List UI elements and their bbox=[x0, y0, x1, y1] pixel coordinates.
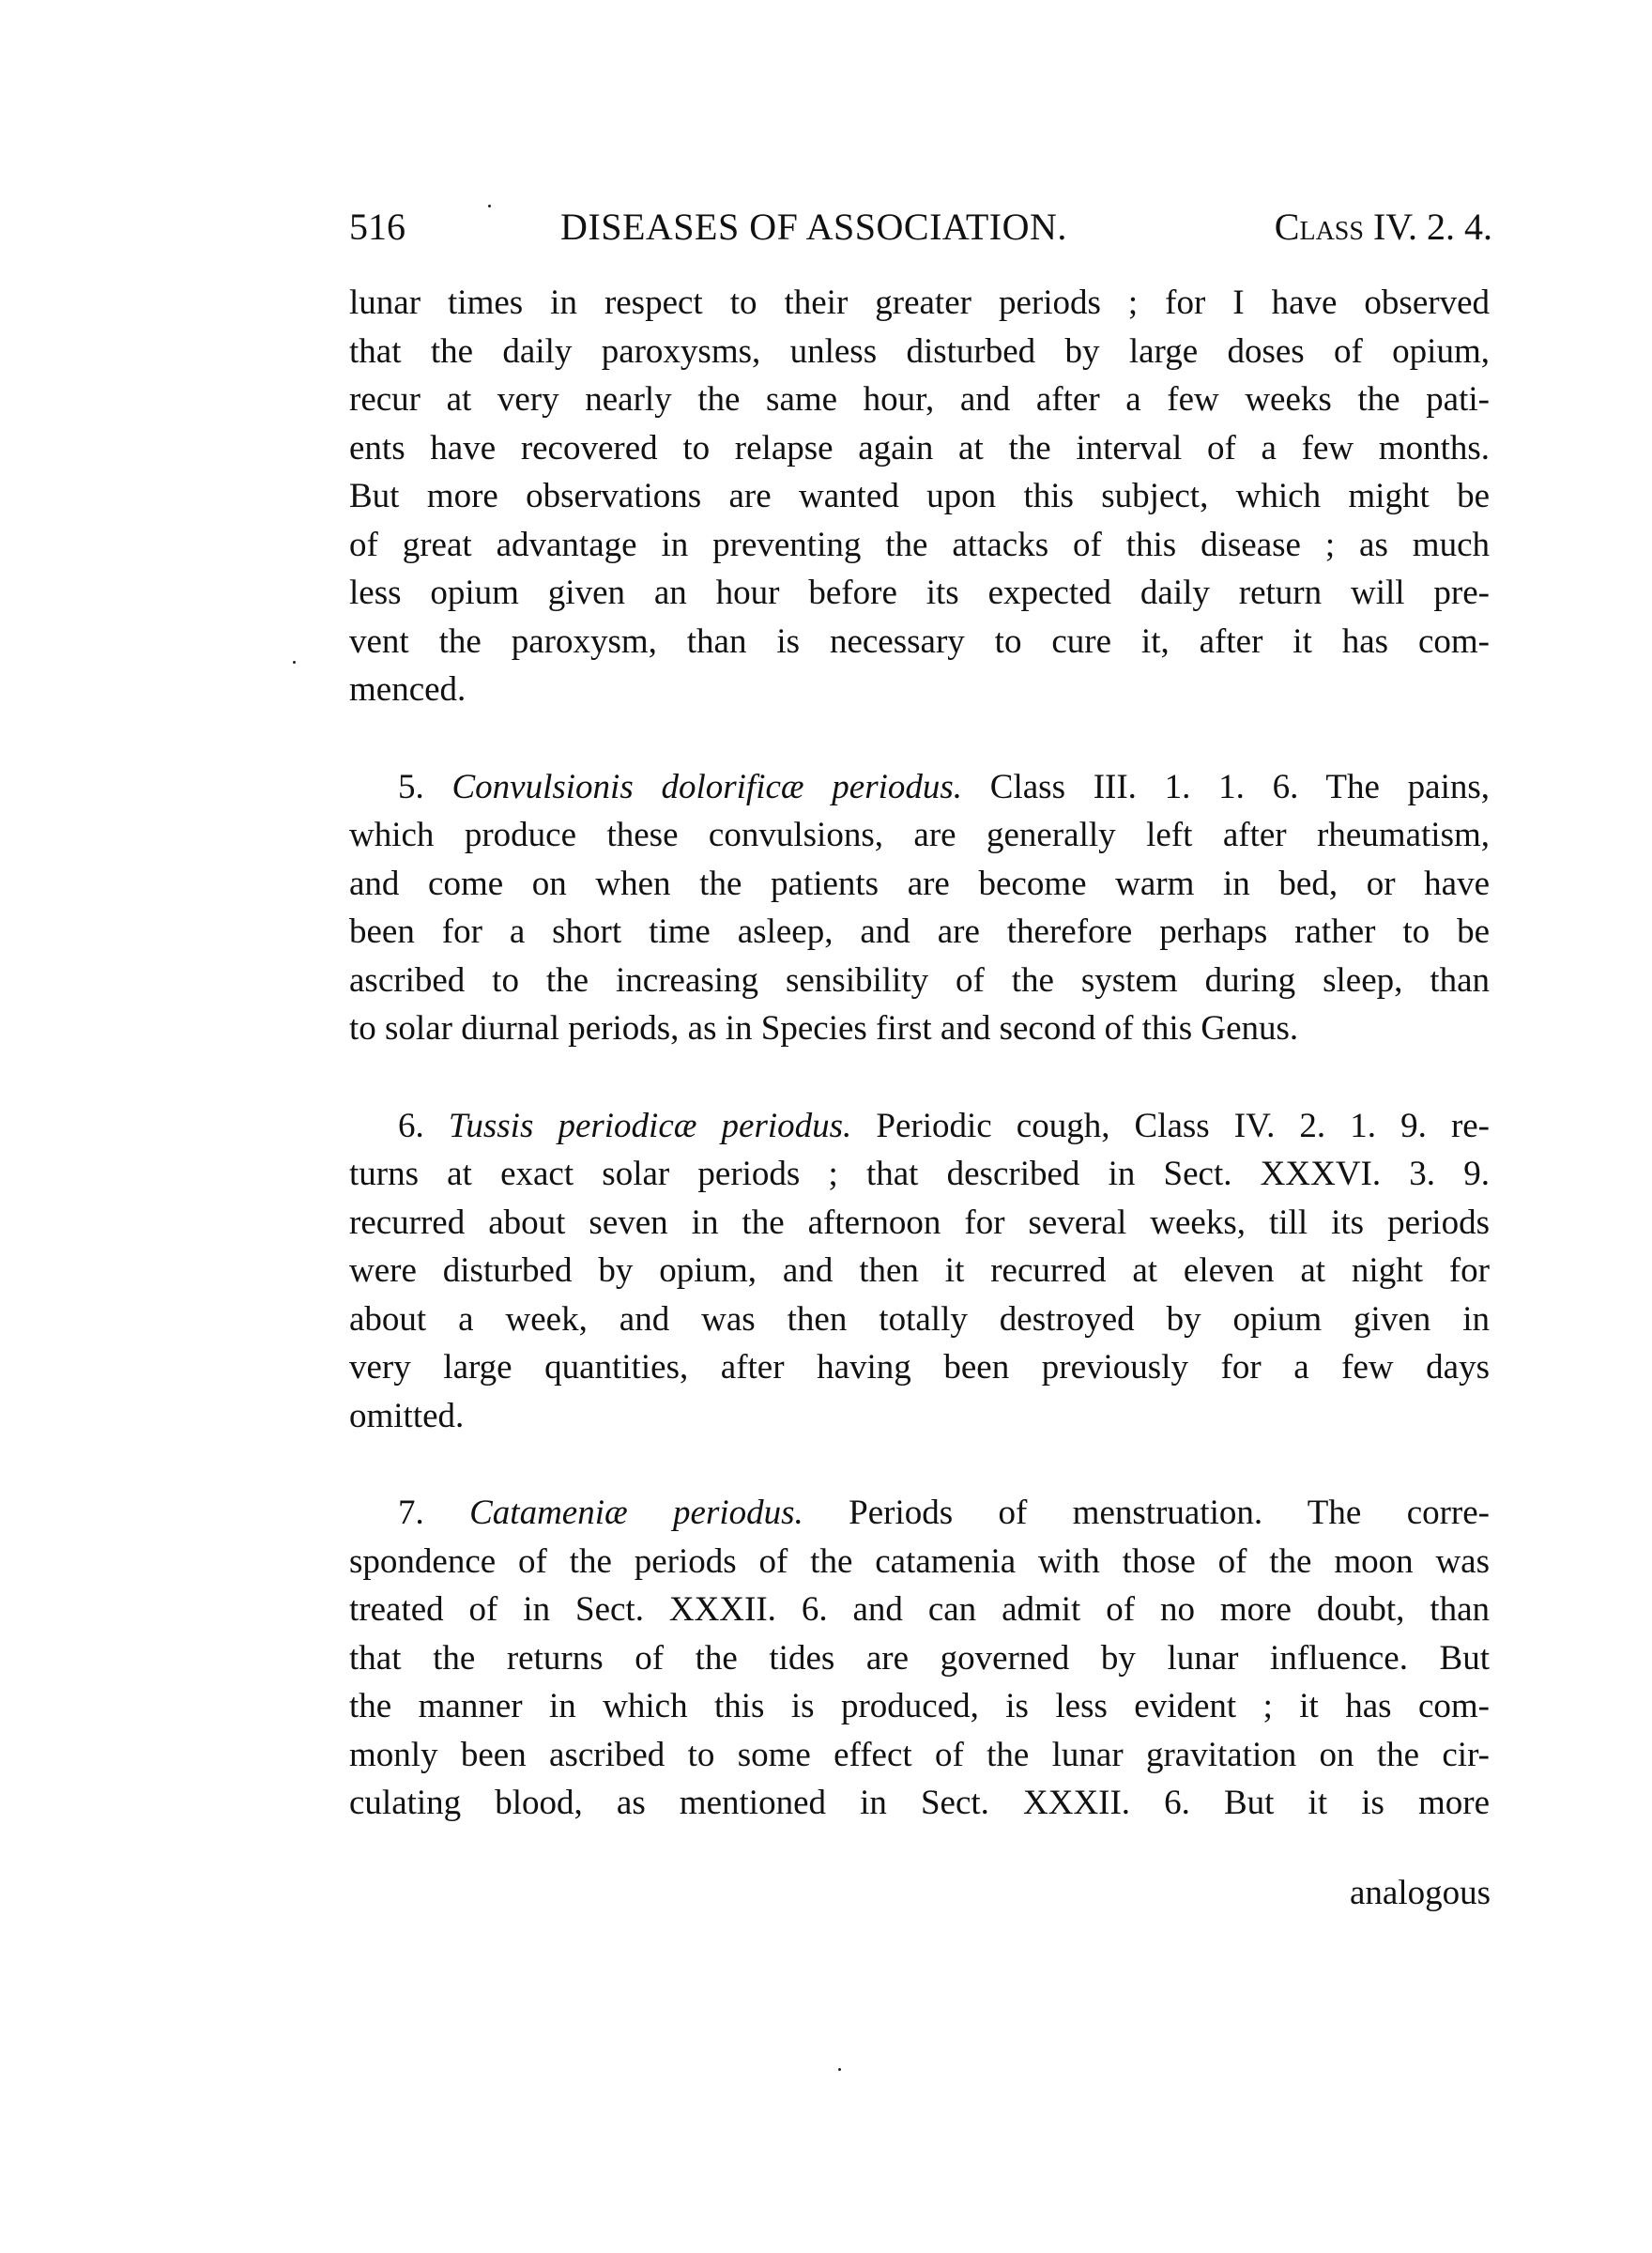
text-line: vent the paroxysm, than is necessary to … bbox=[349, 618, 1490, 667]
text-line: of great advantage in preventing the att… bbox=[349, 521, 1490, 570]
species-heading-line: 5. Convulsionis dolorificæ periodus. Cla… bbox=[349, 763, 1490, 812]
species-description-start: Class III. 1. 1. 6. The pains, bbox=[990, 768, 1490, 806]
print-speck bbox=[293, 661, 296, 664]
book-page: 516 DISEASES OF ASSOCIATION. Class IV. 2… bbox=[0, 0, 1652, 2253]
text-line: recurred about seven in the afternoon fo… bbox=[349, 1199, 1490, 1248]
text-line: about a week, and was then totally destr… bbox=[349, 1295, 1490, 1344]
paragraph-species-7: 7. Catameniæ periodus. Periods of menstr… bbox=[349, 1489, 1490, 1828]
print-speck bbox=[838, 2068, 841, 2071]
species-number: 7. bbox=[398, 1494, 424, 1532]
running-header: 516 DISEASES OF ASSOCIATION. Class IV. 2… bbox=[349, 199, 1492, 255]
text-line: monly been ascribed to some effect of th… bbox=[349, 1731, 1490, 1780]
text-line: recur at very nearly the same hour, and … bbox=[349, 375, 1490, 424]
text-line: that the returns of the tides are govern… bbox=[349, 1634, 1490, 1683]
catchword: analogous bbox=[1350, 1870, 1491, 1917]
text-line: and come on when the patients are become… bbox=[349, 860, 1490, 909]
text-line: to solar diurnal periods, as in Species … bbox=[349, 1004, 1490, 1053]
text-line: culating blood, as mentioned in Sect. XX… bbox=[349, 1779, 1490, 1828]
text-line: ents have recovered to relapse again at … bbox=[349, 424, 1490, 473]
species-heading-line: 6. Tussis periodicæ periodus. Periodic c… bbox=[349, 1102, 1490, 1151]
species-latin-name: Convulsionis dolorificæ periodus. bbox=[451, 768, 962, 806]
text-line: the manner in which this is produced, is… bbox=[349, 1682, 1490, 1731]
species-latin-name: Catameniæ periodus. bbox=[469, 1494, 803, 1532]
paragraph-species-6: 6. Tussis periodicæ periodus. Periodic c… bbox=[349, 1102, 1490, 1441]
text-line: menced. bbox=[349, 666, 1490, 714]
species-heading-line: 7. Catameniæ periodus. Periods of menstr… bbox=[349, 1489, 1490, 1538]
text-line: were disturbed by opium, and then it rec… bbox=[349, 1247, 1490, 1295]
body-text: lunar times in respect to their greater … bbox=[349, 279, 1490, 1828]
text-line: very large quantities, after having been… bbox=[349, 1343, 1490, 1392]
section-reference: Class IV. 2. 4. bbox=[1275, 199, 1492, 255]
paragraph-continuation: lunar times in respect to their greater … bbox=[349, 279, 1490, 714]
species-description-start: Periodic cough, Class IV. 2. 1. 9. re- bbox=[876, 1107, 1490, 1145]
text-line: ascribed to the increasing sensibility o… bbox=[349, 957, 1490, 1005]
species-number: 6. bbox=[398, 1107, 424, 1145]
species-description-start: Periods of menstruation. The corre- bbox=[849, 1494, 1490, 1532]
text-line: less opium given an hour before its expe… bbox=[349, 569, 1490, 618]
running-title: DISEASES OF ASSOCIATION. bbox=[560, 199, 1067, 255]
species-number: 5. bbox=[398, 768, 424, 806]
text-line: spondence of the periods of the catameni… bbox=[349, 1538, 1490, 1586]
species-latin-name: Tussis periodicæ periodus. bbox=[449, 1107, 851, 1145]
page-number: 516 bbox=[349, 199, 405, 255]
text-line: treated of in Sect. XXXII. 6. and can ad… bbox=[349, 1586, 1490, 1634]
text-line: But more observations are wanted upon th… bbox=[349, 472, 1490, 521]
paragraph-species-5: 5. Convulsionis dolorificæ periodus. Cla… bbox=[349, 763, 1490, 1053]
text-line: been for a short time asleep, and are th… bbox=[349, 908, 1490, 957]
text-line: that the daily paroxysms, unless disturb… bbox=[349, 328, 1490, 376]
text-line: turns at exact solar periods ; that desc… bbox=[349, 1150, 1490, 1199]
text-line: omitted. bbox=[349, 1392, 1490, 1441]
text-line: which produce these convulsions, are gen… bbox=[349, 811, 1490, 860]
text-line: lunar times in respect to their greater … bbox=[349, 279, 1490, 328]
